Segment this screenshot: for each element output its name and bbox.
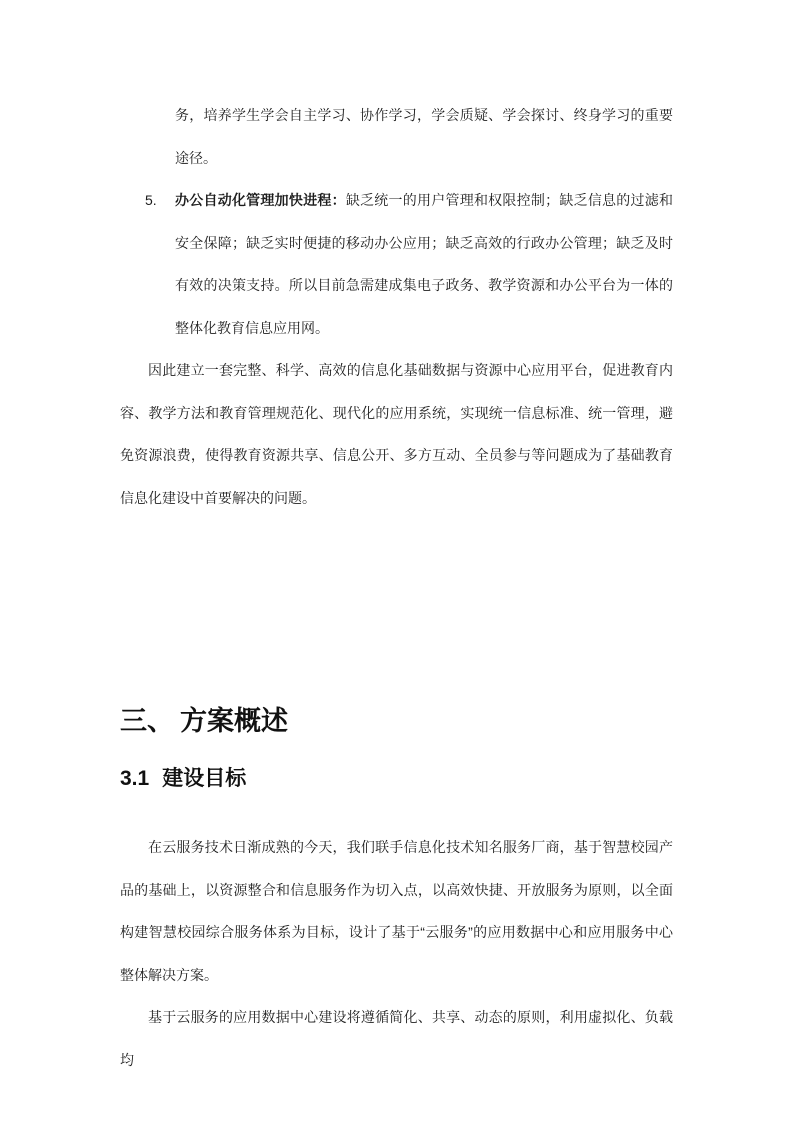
paragraph-conclusion-text: 因此建立一套完整、科学、高效的信息化基础数据与资源中心应用平台，促进教育内容、教… xyxy=(120,362,673,506)
section-heading-title: 方案概述 xyxy=(180,706,288,736)
list-item-5-label: 办公自动化管理加快进程： xyxy=(175,192,346,208)
list-item-4-continuation: 务，培养学生学会自主学习、协作学习，学会质疑、学会探讨、终身学习的重要途径。 xyxy=(120,94,673,179)
paragraph-goal-1: 在云服务技术日渐成熟的今天，我们联手信息化技术知名服务厂商，基于智慧校园产品的基… xyxy=(120,826,673,996)
subsection-heading-title: 建设目标 xyxy=(162,767,246,790)
paragraph-goal-2: 基于云服务的应用数据中心建设将遵循简化、共享、动态的原则，利用虚拟化、负载均 xyxy=(120,996,673,1081)
paragraph-conclusion: 因此建立一套完整、科学、高效的信息化基础数据与资源中心应用平台，促进教育内容、教… xyxy=(120,349,673,519)
list-item-5-text: 缺乏统一的用户管理和权限控制；缺乏信息的过滤和安全保障；缺乏实时便捷的移动办公应… xyxy=(175,192,673,336)
list-item-4-continuation-text: 务，培养学生学会自主学习、协作学习，学会质疑、学会探讨、终身学习的重要途径。 xyxy=(175,107,673,166)
subsection-heading: 3.1建设目标 xyxy=(120,765,673,792)
subsection-heading-number: 3.1 xyxy=(120,767,149,790)
paragraph-goal-1-text: 在云服务技术日渐成熟的今天，我们联手信息化技术知名服务厂商，基于智慧校园产品的基… xyxy=(120,839,673,983)
list-item-5-number: 5. xyxy=(145,179,157,222)
paragraph-goal-2-text: 基于云服务的应用数据中心建设将遵循简化、共享、动态的原则，利用虚拟化、负载均 xyxy=(120,1009,673,1068)
section-heading-number: 三、 xyxy=(120,706,174,736)
list-item-5: 5. 办公自动化管理加快进程：缺乏统一的用户管理和权限控制；缺乏信息的过滤和安全… xyxy=(120,179,673,349)
document-page: 务，培养学生学会自主学习、协作学习，学会质疑、学会探讨、终身学习的重要途径。 5… xyxy=(0,0,793,1122)
section-heading: 三、方案概述 xyxy=(120,704,673,739)
